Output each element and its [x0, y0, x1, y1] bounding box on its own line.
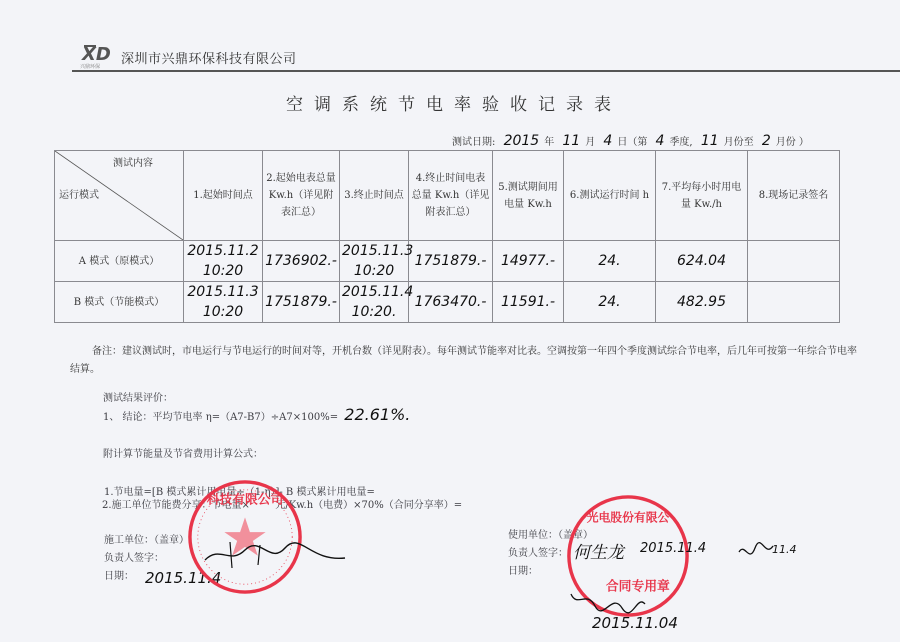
column-header: 4.终止时间电表总量 Kw.h（详见附表汇总）: [409, 151, 493, 241]
record-table: 测试内容 运行模式 1.起始时间点 2.起始电表总量 Kw.h（详见附表汇总） …: [54, 150, 840, 323]
table-row: B 模式（节能模式） 2015.11.3 10:20 1751879.- 201…: [55, 282, 840, 323]
test-date-day: 4: [603, 133, 612, 149]
column-header: 6.测试运行时间 h: [564, 151, 656, 241]
column-header: 1.起始时间点: [184, 151, 263, 241]
column-header: 8.现场记录签名: [748, 151, 840, 241]
avg-hourly-cell: 624.04: [656, 241, 748, 282]
month-unit: 月: [585, 137, 595, 148]
formula-title: 附计算节能量及节省费用计算公式：: [103, 445, 263, 460]
column-header: 7.平均每小时用电量 Kw./h: [656, 151, 748, 241]
test-quarter: 4: [656, 133, 665, 149]
quarter-unit: 季度,: [669, 137, 692, 148]
start-time-cell: 2015.11.3 10:20: [184, 282, 263, 323]
from-unit: 月份至: [724, 137, 754, 148]
contractor-signer-label: 负责人签字：: [104, 550, 189, 568]
end-time-cell: 2015.11.3 10:20: [340, 241, 409, 282]
user-signature: 何生龙: [573, 538, 624, 563]
user-date-value: 2015.11.04: [592, 614, 678, 632]
end-time-cell: 2015.11.4 10:20.: [340, 282, 409, 323]
contractor-company-stamp: 科技有限公司: [186, 478, 304, 596]
mode-cell: B 模式（节能模式）: [55, 282, 184, 323]
column-header: 2.起始电表总量 Kw.h（详见附表汇总）: [263, 151, 340, 241]
day-unit: 日（第: [617, 137, 647, 148]
evaluation-title: 测试结果评价：: [103, 389, 173, 404]
conclusion-value: 22.61%.: [344, 405, 410, 424]
conclusion-label: 1、 结论：平均节电率 η=（A7-B7）÷A7×100%=: [103, 412, 338, 423]
column-header: 5.测试期间用电量 Kw.h: [493, 151, 564, 241]
corner-run-mode: 运行模式: [59, 187, 99, 204]
document-title: 空调系统节电率验收记录表: [286, 90, 622, 115]
start-time-cell: 2015.11.2 10:20: [184, 241, 263, 282]
user-date-signature: [567, 588, 647, 614]
test-date-label: 测试日期:: [452, 137, 495, 148]
corner-test-content: 测试内容: [113, 155, 153, 172]
usage-cell: 11591.-: [493, 282, 564, 323]
table-row: A 模式（原模式） 2015.11.2 10:20 1736902.- 2015…: [55, 241, 840, 282]
start-meter-cell: 1736902.-: [263, 241, 340, 282]
column-header: 3.终止时间点: [340, 151, 409, 241]
logo-caption: 兴鼎环保: [80, 63, 100, 70]
header-divider: [72, 70, 900, 72]
svg-text:XD: XD: [81, 44, 111, 65]
second-sign-date: 11.4: [772, 543, 797, 556]
test-date-month: 11: [562, 133, 580, 149]
svg-text:光电股份有限公: 光电股份有限公: [587, 511, 670, 525]
end-meter-cell: 1763470.-: [409, 282, 493, 323]
test-from-month: 11: [701, 133, 719, 149]
year-unit: 年: [544, 137, 554, 148]
mode-cell: A 模式（原模式）: [55, 241, 184, 282]
conclusion: 1、 结论：平均节电率 η=（A7-B7）÷A7×100%= 22.61%.: [103, 405, 410, 424]
test-to-month: 2: [762, 133, 771, 149]
run-hours-cell: 24.: [564, 241, 656, 282]
table-header-row: 测试内容 运行模式 1.起始时间点 2.起始电表总量 Kw.h（详见附表汇总） …: [55, 151, 840, 241]
start-meter-cell: 1751879.-: [263, 282, 340, 323]
signature-cell: [748, 241, 840, 282]
test-date-year: 2015: [504, 133, 540, 149]
corner-cell: 测试内容 运行模式: [55, 151, 184, 241]
svg-text:科技有限公司: 科技有限公司: [207, 492, 284, 508]
usage-cell: 14977.-: [493, 241, 564, 282]
contractor-signature: [200, 540, 350, 570]
test-date: 测试日期: 2015年 11月 4日（第 4季度, 11月份至 2月份 ）: [452, 133, 809, 149]
run-hours-cell: 24.: [564, 282, 656, 323]
company-name: 深圳市兴鼎环保科技有限公司: [121, 48, 297, 67]
remarks: 备注：建议测试时，市电运行与节电运行的时间对等，开机台数（详见附表）。每年测试节…: [70, 343, 860, 379]
to-unit: 月份 ）: [776, 137, 809, 148]
second-signature: [735, 538, 775, 568]
end-meter-cell: 1751879.-: [409, 241, 493, 282]
avg-hourly-cell: 482.95: [656, 282, 748, 323]
signature-cell: [748, 282, 840, 323]
contractor-unit-label: 施工单位：（盖章）: [104, 532, 189, 550]
user-sign-date: 2015.11.4: [640, 541, 706, 556]
